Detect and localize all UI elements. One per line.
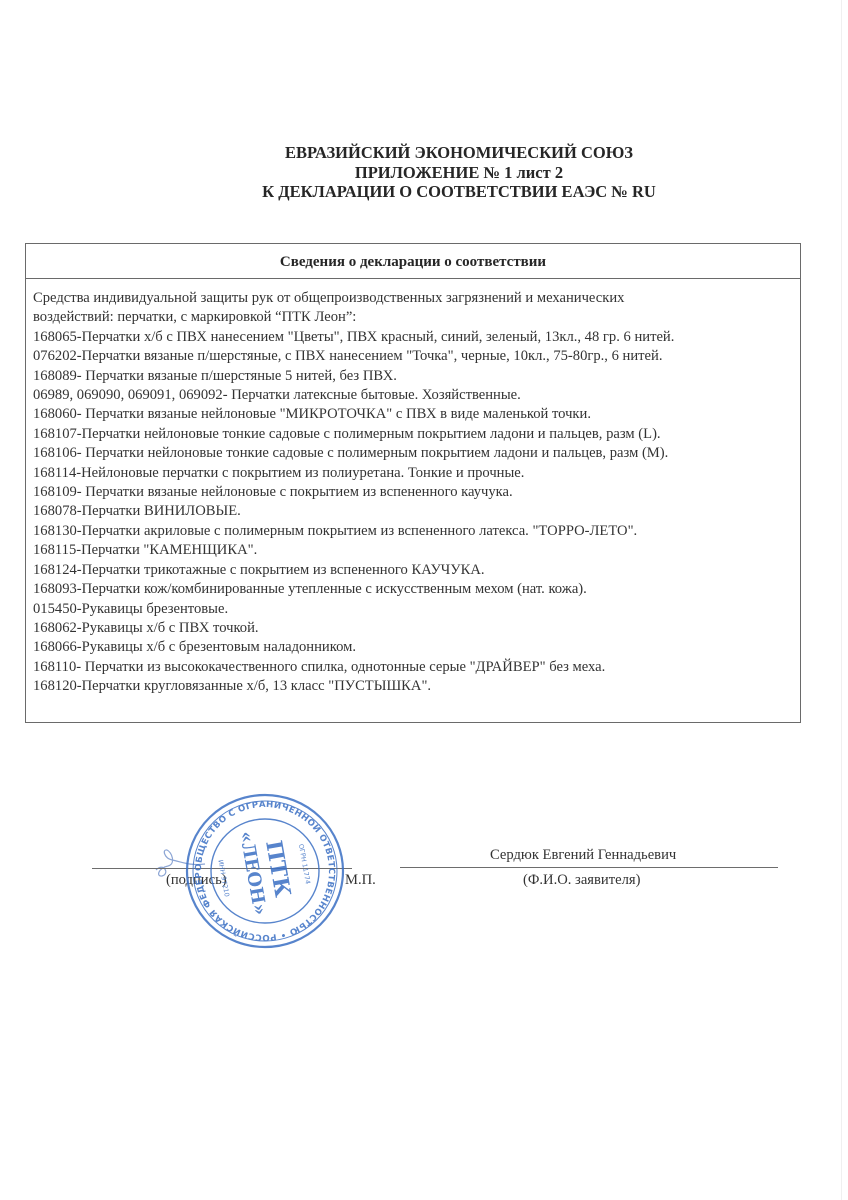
table-line: 168120-Перчатки кругловязанные х/б, 13 к… [33,677,800,696]
table-line: 168089- Перчатки вязаные п/шерстяные 5 н… [33,367,800,386]
table-header: Сведения о декларации о соответствии [26,244,800,279]
table-line: 168109- Перчатки вязаные нейлоновые с по… [33,483,800,502]
svg-text:ИНН 97210: ИНН 97210 [216,859,230,897]
applicant-name-line [400,867,778,868]
heading-union: ЕВРАЗИЙСКИЙ ЭКОНОМИЧЕСКИЙ СОЮЗ [0,143,848,163]
applicant-caption: (Ф.И.О. заявителя) [523,872,640,889]
declaration-table: Сведения о декларации о соответствии Сре… [25,243,801,723]
table-line: 076202-Перчатки вязаные п/шерстяные, с П… [33,347,800,366]
table-line: 168124-Перчатки трикотажные с покрытием … [33,561,800,580]
table-line: 168078-Перчатки ВИНИЛОВЫЕ. [33,502,800,521]
heading-declaration: К ДЕКЛАРАЦИИ О СООТВЕТСТВИИ ЕАЭС № RU [0,182,848,202]
table-line: 168066-Рукавицы х/б с брезентовым наладо… [33,638,800,657]
company-stamp: ОБЩЕСТВО С ОГРАНИЧЕННОЙ ОТВЕТСТВЕННОСТЬЮ… [184,792,346,950]
seal-caption: М.П. [345,872,376,889]
table-line: 168114-Нейлоновые перчатки с покрытием и… [33,464,800,483]
table-line: 168107-Перчатки нейлоновые тонкие садовы… [33,425,800,444]
table-line: 168060- Перчатки вязаные нейлоновые "МИК… [33,405,800,424]
table-line: 168115-Перчатки "КАМЕНЩИКА". [33,541,800,560]
table-line: 168106- Перчатки нейлоновые тонкие садов… [33,444,800,463]
table-line: 168110- Перчатки из высококачественного … [33,658,800,677]
table-line: 168065-Перчатки х/б с ПВХ нанесением "Цв… [33,328,800,347]
table-line: 06989, 069090, 069091, 069092- Перчатки … [33,386,800,405]
table-line: 168093-Перчатки кож/комбинированные утеп… [33,580,800,599]
table-line: воздействий: перчатки, с маркировкой “ПТ… [33,308,800,327]
document-heading: ЕВРАЗИЙСКИЙ ЭКОНОМИЧЕСКИЙ СОЮЗ ПРИЛОЖЕНИ… [0,143,848,202]
table-line: 168062-Рукавицы х/б с ПВХ точкой. [33,619,800,638]
table-line: 015450-Рукавицы брезентовые. [33,600,800,619]
heading-appendix: ПРИЛОЖЕНИЕ № 1 лист 2 [0,163,848,183]
table-line: 168130-Перчатки акриловые с полимерным п… [33,522,800,541]
applicant-name: Сердюк Евгений Геннадьевич [490,847,676,864]
table-body: Средства индивидуальной защиты рук от об… [26,279,800,697]
svg-text:ОГРН 11774: ОГРН 11774 [297,843,312,884]
table-line: Средства индивидуальной защиты рук от об… [33,289,800,308]
